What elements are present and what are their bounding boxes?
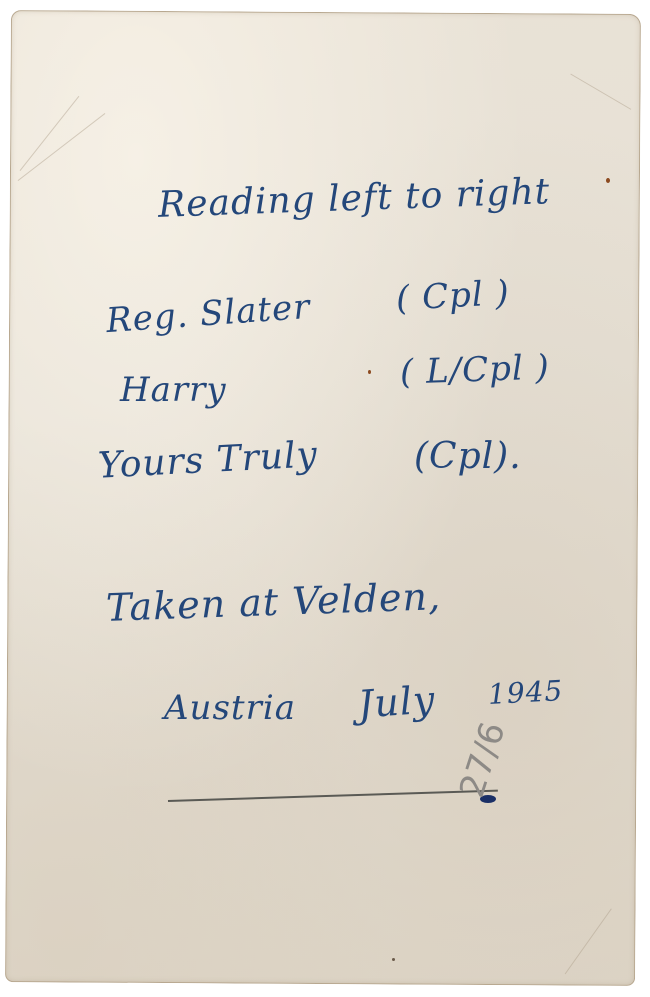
person-name-2: Harry [120,370,227,410]
paper-crease [565,908,612,974]
location-month: July [357,677,437,726]
person-rank-1: ( Cpl ) [395,273,511,319]
person-rank-3: (Cpl). [414,436,522,477]
photo-back-card [5,10,641,986]
paper-crease [570,74,631,110]
location-year: 1945 [487,674,564,711]
paper-crease [18,113,106,181]
foxing-spot [392,958,395,961]
foxing-spot [606,178,610,183]
foxing-spot [368,370,371,374]
person-rank-2: ( L/Cpl ) [399,347,550,392]
location-place: Austria [164,688,296,728]
paper-crease [20,96,80,171]
